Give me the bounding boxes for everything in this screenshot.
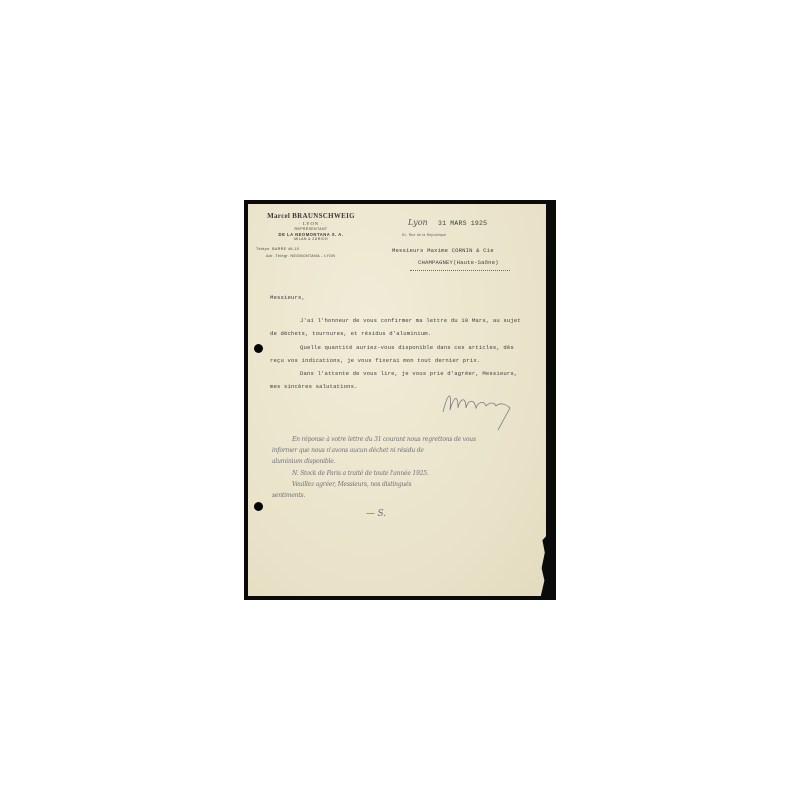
paragraph-1-line-2: de déchets, tournures, et résidus d'alum… xyxy=(270,330,431,337)
letterhead-telegram: Adr. Télégr. NEOMONTANA - LYON xyxy=(256,254,366,258)
torn-edge xyxy=(540,534,546,596)
salutation: Messieurs, xyxy=(270,294,305,301)
handwritten-line-1: En réponse à votre lettre du 31 courant … xyxy=(292,436,476,443)
paragraph-3-line-1: Dans l'attente de vous lire, je vous pri… xyxy=(300,370,517,377)
letterhead-locations: MILAN & ZURICH xyxy=(256,237,366,241)
letterhead-telephone: Télépn. BARRE 46-10 xyxy=(256,247,366,251)
recipient-name: Messieurs Maxime CORNIN & Cie xyxy=(392,247,494,254)
letterhead-city: · LYON · xyxy=(256,221,366,226)
letter-street: 81, Rue de la République xyxy=(402,233,446,237)
handwritten-line-6: sentiments. xyxy=(272,492,305,499)
letter-place: Lyon xyxy=(408,218,428,227)
handwritten-line-2: informer que nous n'avons aucun déchet n… xyxy=(272,447,424,454)
letter-page: Marcel BRAUNSCHWEIG · LYON · REPRÉSENTAN… xyxy=(248,204,546,596)
punch-hole-bottom xyxy=(254,502,263,511)
paragraph-2-line-1: Quelle quantité auriez-vous disponible d… xyxy=(300,344,514,351)
recipient-location: CHAMPAGNEY(Haute-Saône) xyxy=(418,259,499,266)
recipient-underline xyxy=(410,270,510,271)
letterhead-representative: REPRÉSENTANT xyxy=(256,227,366,231)
handwritten-line-5: Veuillez agréer, Messieurs, nos distingu… xyxy=(292,481,411,488)
handwritten-line-3: aluminium disponible. xyxy=(272,458,335,465)
handwritten-initial: — S. xyxy=(366,509,386,519)
signature xyxy=(438,382,528,432)
handwritten-line-4: N. Stock de Paris a traité de toute l'an… xyxy=(292,470,429,477)
paragraph-2-line-2: reçu vos indications, je vous fixerai mo… xyxy=(270,357,480,364)
letter-date: 31 MARS 1925 xyxy=(438,220,487,227)
paragraph-1-line-1: J'ai l'honneur de vous confirmer ma lett… xyxy=(300,317,521,324)
paragraph-3-line-2: mes sincères salutations. xyxy=(270,383,358,390)
letterhead-name: Marcel BRAUNSCHWEIG xyxy=(256,212,366,220)
letterhead: Marcel BRAUNSCHWEIG · LYON · REPRÉSENTAN… xyxy=(256,212,366,258)
punch-hole-top xyxy=(254,344,263,353)
